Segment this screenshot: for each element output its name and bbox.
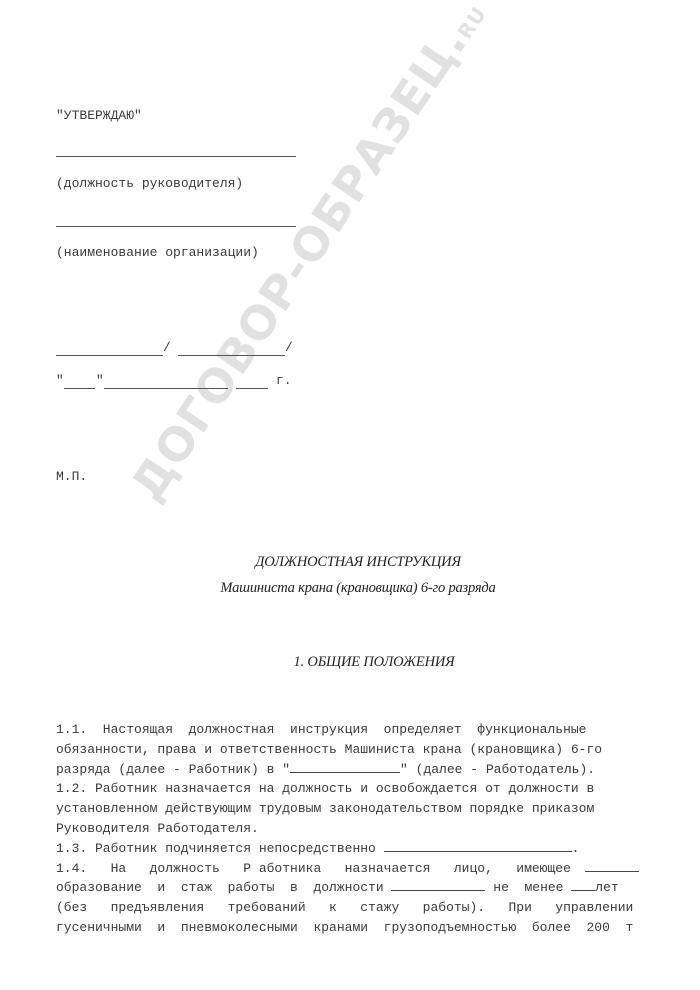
qualification-intro-text: 1.4. На должность Р аботника назначается…	[56, 861, 571, 876]
supervisor-period: .	[572, 841, 580, 856]
name-slash: /	[285, 340, 293, 355]
position-experience-blank	[391, 878, 485, 891]
experience-intro-text: образование и стаж работы в должности	[56, 880, 391, 895]
supervisor-intro-text: 1.3. Работник подчиняется непосредственн…	[56, 841, 384, 856]
organization-signature-line	[56, 226, 296, 227]
paragraph-1-1-line-1: 1.1. Настоящая должностная инструкция оп…	[56, 720, 660, 740]
date-year-line	[236, 388, 268, 389]
paragraph-1-1-line-3: разряда (далее - Работник) в "" (далее -…	[56, 760, 660, 780]
year-suffix: г.	[276, 373, 292, 388]
paragraph-1-4-line-1: 1.4. На должность Р аботника назначается…	[56, 859, 660, 879]
name-line	[178, 355, 285, 356]
signature-line	[56, 355, 163, 356]
document-title: ДОЛЖНОСТНАЯ ИНСТРУКЦИЯ	[8, 554, 700, 571]
paragraph-1-1-line-2: обязанности, права и ответственность Маш…	[56, 740, 660, 760]
date-month-line	[104, 388, 228, 389]
section-heading: 1. ОБЩИЕ ПОЛОЖЕНИЯ	[24, 654, 700, 671]
paragraph-1-2-line-2: установленном действующим трудовым закон…	[56, 799, 660, 819]
stamp-label: М.П.	[56, 469, 87, 484]
watermark-text: ДОГОВОР-ОБРАЗЕЦ.	[120, 16, 477, 510]
min-years-text: не менее	[485, 880, 571, 895]
paragraph-1-4-line-2: образование и стаж работы в должности не…	[56, 878, 660, 898]
position-signature-line	[56, 156, 296, 157]
approval-heading: "УТВЕРЖДАЮ"	[56, 108, 142, 123]
paragraph-1-4-line-3: (без предъявления требований к стажу раб…	[56, 898, 660, 918]
paragraph-1-2-line-3: Руководителя Работодателя.	[56, 819, 660, 839]
supervisor-blank	[384, 839, 572, 852]
years-blank	[571, 878, 595, 891]
paragraph-1-3: 1.3. Работник подчиняется непосредственн…	[56, 839, 660, 859]
paragraph-1-4-line-4: гусеничными и пневмоколесными кранами гр…	[56, 918, 660, 938]
employer-name-blank	[290, 760, 400, 773]
organization-caption: (наименование организации)	[56, 245, 259, 260]
employer-suffix-text: " (далее - Работодатель).	[400, 762, 595, 777]
years-label: лет	[595, 880, 618, 895]
education-blank	[585, 859, 639, 872]
document-subtitle: Машиниста крана (крановщика) 6-го разряд…	[8, 580, 700, 597]
date-quote-open: "	[56, 373, 64, 388]
paragraph-1-2-line-1: 1.2. Работник назначается на должность и…	[56, 779, 660, 799]
position-caption: (должность руководителя)	[56, 176, 243, 191]
signature-slash: /	[163, 340, 171, 355]
document-page: ДОГОВОР-ОБРАЗЕЦ.RU "УТВЕРЖДАЮ" (должност…	[0, 0, 700, 990]
body-text: 1.1. Настоящая должностная инструкция оп…	[56, 720, 660, 938]
date-quote-close: "	[96, 373, 104, 388]
date-day-line	[64, 388, 95, 389]
employer-intro-text: разряда (далее - Работник) в "	[56, 762, 290, 777]
